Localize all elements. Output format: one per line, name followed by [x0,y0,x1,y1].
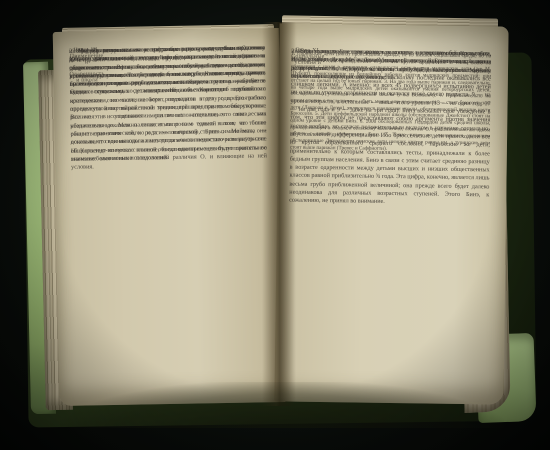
bottom-shadow [60,382,504,428]
left-page-text: 238 Часть III. Применение и результаты. … [69,44,271,391]
right-page: Глава XI. Социальные условия и одареннос… [274,23,508,404]
footnote-text: 1. Парижские дети (Бинэ) происходили, пр… [290,51,491,154]
book-photo: 238 Часть III. Применение и результаты. … [0,0,550,450]
right-page-text: Глава XI. Социальные условия и одареннос… [286,48,491,397]
left-page: 238 Часть III. Применение и результаты. … [53,28,285,406]
paragraph: Первые результаты этого рода были получе… [69,44,266,97]
gutter-shadow [262,22,296,406]
